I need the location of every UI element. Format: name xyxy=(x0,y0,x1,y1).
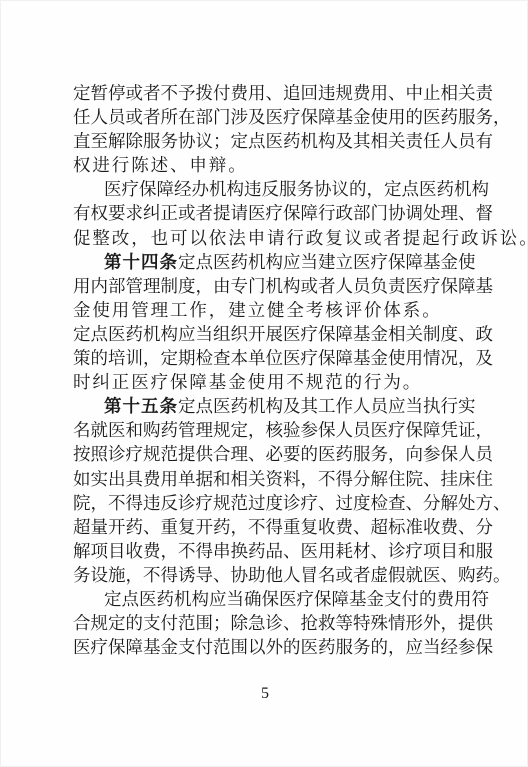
line-text: 定暂停或者不予拨付费用、追回违规费用、中止相关责 xyxy=(73,82,461,106)
line-text: 任人员或者所在部门涉及医疗保障基金使用的医药服务， xyxy=(73,106,461,130)
line-text: 务设施，不得诱导、协助他人冒名或者虚假就医、购药。 xyxy=(73,564,461,588)
line-text: 促整改，也可以依法申请行政复议或者提起行政诉讼。 xyxy=(73,227,461,251)
text-line-8: 第十四条定点医药机构应当建立医疗保障基金使 xyxy=(73,251,461,275)
text-line-12: 策的培训，定期检查本单位医疗保障基金使用情况，及 xyxy=(73,347,461,371)
text-line-4: 权进行陈述、申辩。 xyxy=(73,154,461,178)
text-line-14: 第十五条定点医药机构及其工作人员应当执行实 xyxy=(73,395,461,419)
line-text: 定点医药机构及其工作人员应当执行实 xyxy=(178,395,476,419)
text-line-24: 医疗保障基金支付范围以外的医药服务的，应当经参保 xyxy=(73,636,461,660)
text-line-6: 有权要求纠正或者提请医疗保障行政部门协调处理、督 xyxy=(73,202,461,226)
line-text: 合规定的支付范围；除急诊、抢救等特殊情形外，提供 xyxy=(73,612,461,636)
text-line-1: 定暂停或者不予拨付费用、追回违规费用、中止相关责 xyxy=(73,82,461,106)
line-text: 定点医药机构应当建立医疗保障基金使 xyxy=(178,251,476,275)
text-line-23: 合规定的支付范围；除急诊、抢救等特殊情形外，提供 xyxy=(73,612,461,636)
text-line-21: 务设施，不得诱导、协助他人冒名或者虚假就医、购药。 xyxy=(73,564,461,588)
article-15-heading: 第十五条 xyxy=(104,395,178,419)
line-text: 定点医药机构应当确保医疗保障基金支付的费用符 xyxy=(104,588,461,612)
text-line-13: 时纠正医疗保障基金使用不规范的行为。 xyxy=(73,371,461,395)
line-text: 医疗保障基金支付范围以外的医药服务的，应当经参保 xyxy=(73,636,461,660)
text-line-20: 解项目收费，不得串换药品、医用耗材、诊疗项目和服 xyxy=(73,540,461,564)
text-line-5: 医疗保障经办机构违反服务协议的，定点医药机构 xyxy=(73,178,461,202)
line-text: 按照诊疗规范提供合理、必要的医药服务，向参保人员 xyxy=(73,443,461,467)
page-number: 5 xyxy=(1,685,528,703)
text-line-11: 定点医药机构应当组织开展医疗保障基金相关制度、政 xyxy=(73,323,461,347)
line-text: 超量开药、重复开药，不得重复收费、超标准收费、分 xyxy=(73,516,461,540)
line-text: 如实出具费用单据和相关资料，不得分解住院、挂床住 xyxy=(73,468,461,492)
text-line-9: 用内部管理制度，由专门机构或者人员负责医疗保障基 xyxy=(73,275,461,299)
text-line-19: 超量开药、重复开药，不得重复收费、超标准收费、分 xyxy=(73,516,461,540)
line-text: 用内部管理制度，由专门机构或者人员负责医疗保障基 xyxy=(73,275,461,299)
line-text: 金使用管理工作，建立健全考核评价体系。 xyxy=(73,299,461,323)
article-14-heading: 第十四条 xyxy=(104,251,178,275)
text-line-7: 促整改，也可以依法申请行政复议或者提起行政诉讼。 xyxy=(73,227,461,251)
line-text: 权进行陈述、申辩。 xyxy=(73,154,461,178)
line-text: 医疗保障经办机构违反服务协议的，定点医药机构 xyxy=(104,178,461,202)
line-text: 时纠正医疗保障基金使用不规范的行为。 xyxy=(73,371,461,395)
text-line-18: 院，不得违反诊疗规范过度诊疗、过度检查、分解处方、 xyxy=(73,492,461,516)
line-text: 院，不得违反诊疗规范过度诊疗、过度检查、分解处方、 xyxy=(73,492,461,516)
body-text: 定暂停或者不予拨付费用、追回违规费用、中止相关责 任人员或者所在部门涉及医疗保障… xyxy=(73,82,461,660)
text-line-17: 如实出具费用单据和相关资料，不得分解住院、挂床住 xyxy=(73,468,461,492)
text-line-3: 直至解除服务协议；定点医药机构及其相关责任人员有 xyxy=(73,130,461,154)
text-line-15: 名就医和购药管理规定，核验参保人员医疗保障凭证， xyxy=(73,419,461,443)
line-text: 解项目收费，不得串换药品、医用耗材、诊疗项目和服 xyxy=(73,540,461,564)
document-page: 定暂停或者不予拨付费用、追回违规费用、中止相关责 任人员或者所在部门涉及医疗保障… xyxy=(0,0,528,767)
text-line-16: 按照诊疗规范提供合理、必要的医药服务，向参保人员 xyxy=(73,443,461,467)
text-line-2: 任人员或者所在部门涉及医疗保障基金使用的医药服务， xyxy=(73,106,461,130)
line-text: 策的培训，定期检查本单位医疗保障基金使用情况，及 xyxy=(73,347,461,371)
text-line-10: 金使用管理工作，建立健全考核评价体系。 xyxy=(73,299,461,323)
line-text: 直至解除服务协议；定点医药机构及其相关责任人员有 xyxy=(73,130,461,154)
text-line-22: 定点医药机构应当确保医疗保障基金支付的费用符 xyxy=(73,588,461,612)
line-text: 名就医和购药管理规定，核验参保人员医疗保障凭证， xyxy=(73,419,461,443)
line-text: 有权要求纠正或者提请医疗保障行政部门协调处理、督 xyxy=(73,202,461,226)
line-text: 定点医药机构应当组织开展医疗保障基金相关制度、政 xyxy=(73,323,461,347)
